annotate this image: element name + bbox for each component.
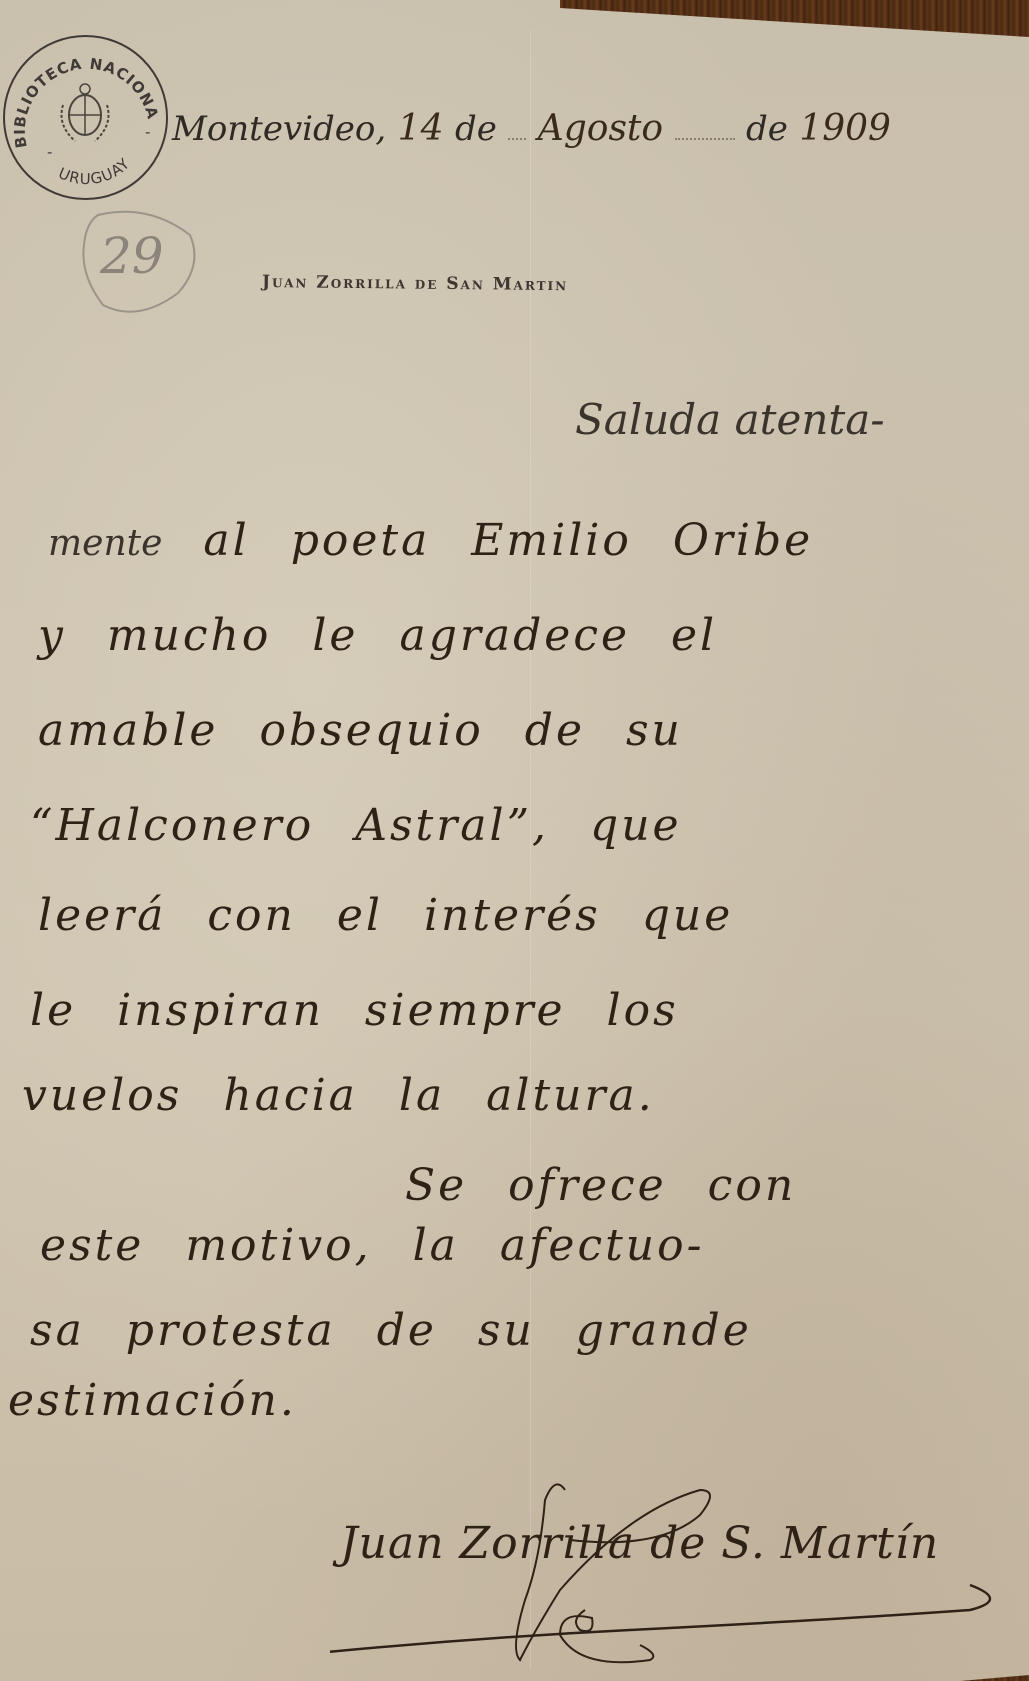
body-line-text: amable obsequio de su: [38, 705, 683, 756]
body-line: amable obsequio de su: [38, 705, 683, 756]
signature-text: Juan Zorrilla de S. Martín: [340, 1518, 939, 1569]
stamp-separator-right: -: [145, 123, 151, 141]
body-line: Se ofrece con: [405, 1160, 796, 1211]
place-printed: Montevideo,: [172, 109, 386, 149]
date-de-1: de: [455, 109, 497, 149]
date-day: 14: [398, 108, 444, 149]
signature-flourish-icon: [330, 1470, 1010, 1680]
coat-of-arms-icon: [62, 84, 109, 141]
body-line-text: sa protesta de su grande: [30, 1305, 752, 1356]
dotted-rule: [508, 137, 526, 140]
body-line-text: este motivo, la afectuo-: [40, 1220, 704, 1271]
svg-text:URUGUAY: URUGUAY: [56, 154, 134, 188]
body-line-text: vuelos hacia la altura.: [22, 1070, 655, 1121]
stamp-ring-text: BIBLIOTECA NACIONAL URUGUAY - -: [5, 37, 166, 198]
printed-continuation: mente: [48, 523, 162, 564]
stamp-bottom-text: URUGUAY: [56, 154, 134, 188]
body-line-text: y mucho le agradece el: [38, 610, 717, 661]
body-line: sa protesta de su grande: [30, 1305, 752, 1356]
body-line: leerá con el interés que: [38, 890, 733, 941]
body-line-text: estimación.: [8, 1375, 297, 1426]
letterhead-name: Juan Zorrilla de San Martin: [262, 272, 568, 295]
letter-page: BIBLIOTECA NACIONAL URUGUAY - - 29: [0, 0, 1029, 1681]
pencil-catalog-mark: 29: [78, 205, 208, 325]
date-year: 1909: [799, 108, 891, 149]
signature: Juan Zorrilla de S. Martín: [330, 1470, 1010, 1670]
library-stamp: BIBLIOTECA NACIONAL URUGUAY - -: [3, 35, 168, 200]
stamp-separator-left: -: [47, 143, 53, 161]
date-month: Agosto: [538, 108, 663, 149]
body-line: y mucho le agradece el: [38, 610, 717, 661]
body-line: “Halconero Astral”, que: [30, 800, 682, 851]
body-line-text: leerá con el interés que: [38, 890, 733, 941]
body-line-text: Se ofrece con: [405, 1160, 796, 1211]
catalog-number: 29: [100, 227, 164, 285]
body-line: estimación.: [8, 1375, 297, 1426]
body-line: le inspiran siempre los: [30, 985, 679, 1036]
date-de-2: de: [746, 109, 788, 149]
body-line-text: al poeta Emilio Oribe: [203, 515, 813, 566]
body-line-text: “Halconero Astral”, que: [30, 800, 682, 851]
body-line: mente al poeta Emilio Oribe: [48, 515, 813, 566]
printed-greeting: Saluda atenta-: [575, 395, 885, 444]
body-line: vuelos hacia la altura.: [22, 1070, 655, 1121]
place-date-line: Montevideo, 14 de Agosto de 1909: [172, 108, 891, 149]
body-line-text: le inspiran siempre los: [30, 985, 679, 1036]
body-line: este motivo, la afectuo-: [40, 1220, 704, 1271]
dotted-rule: [675, 137, 735, 140]
